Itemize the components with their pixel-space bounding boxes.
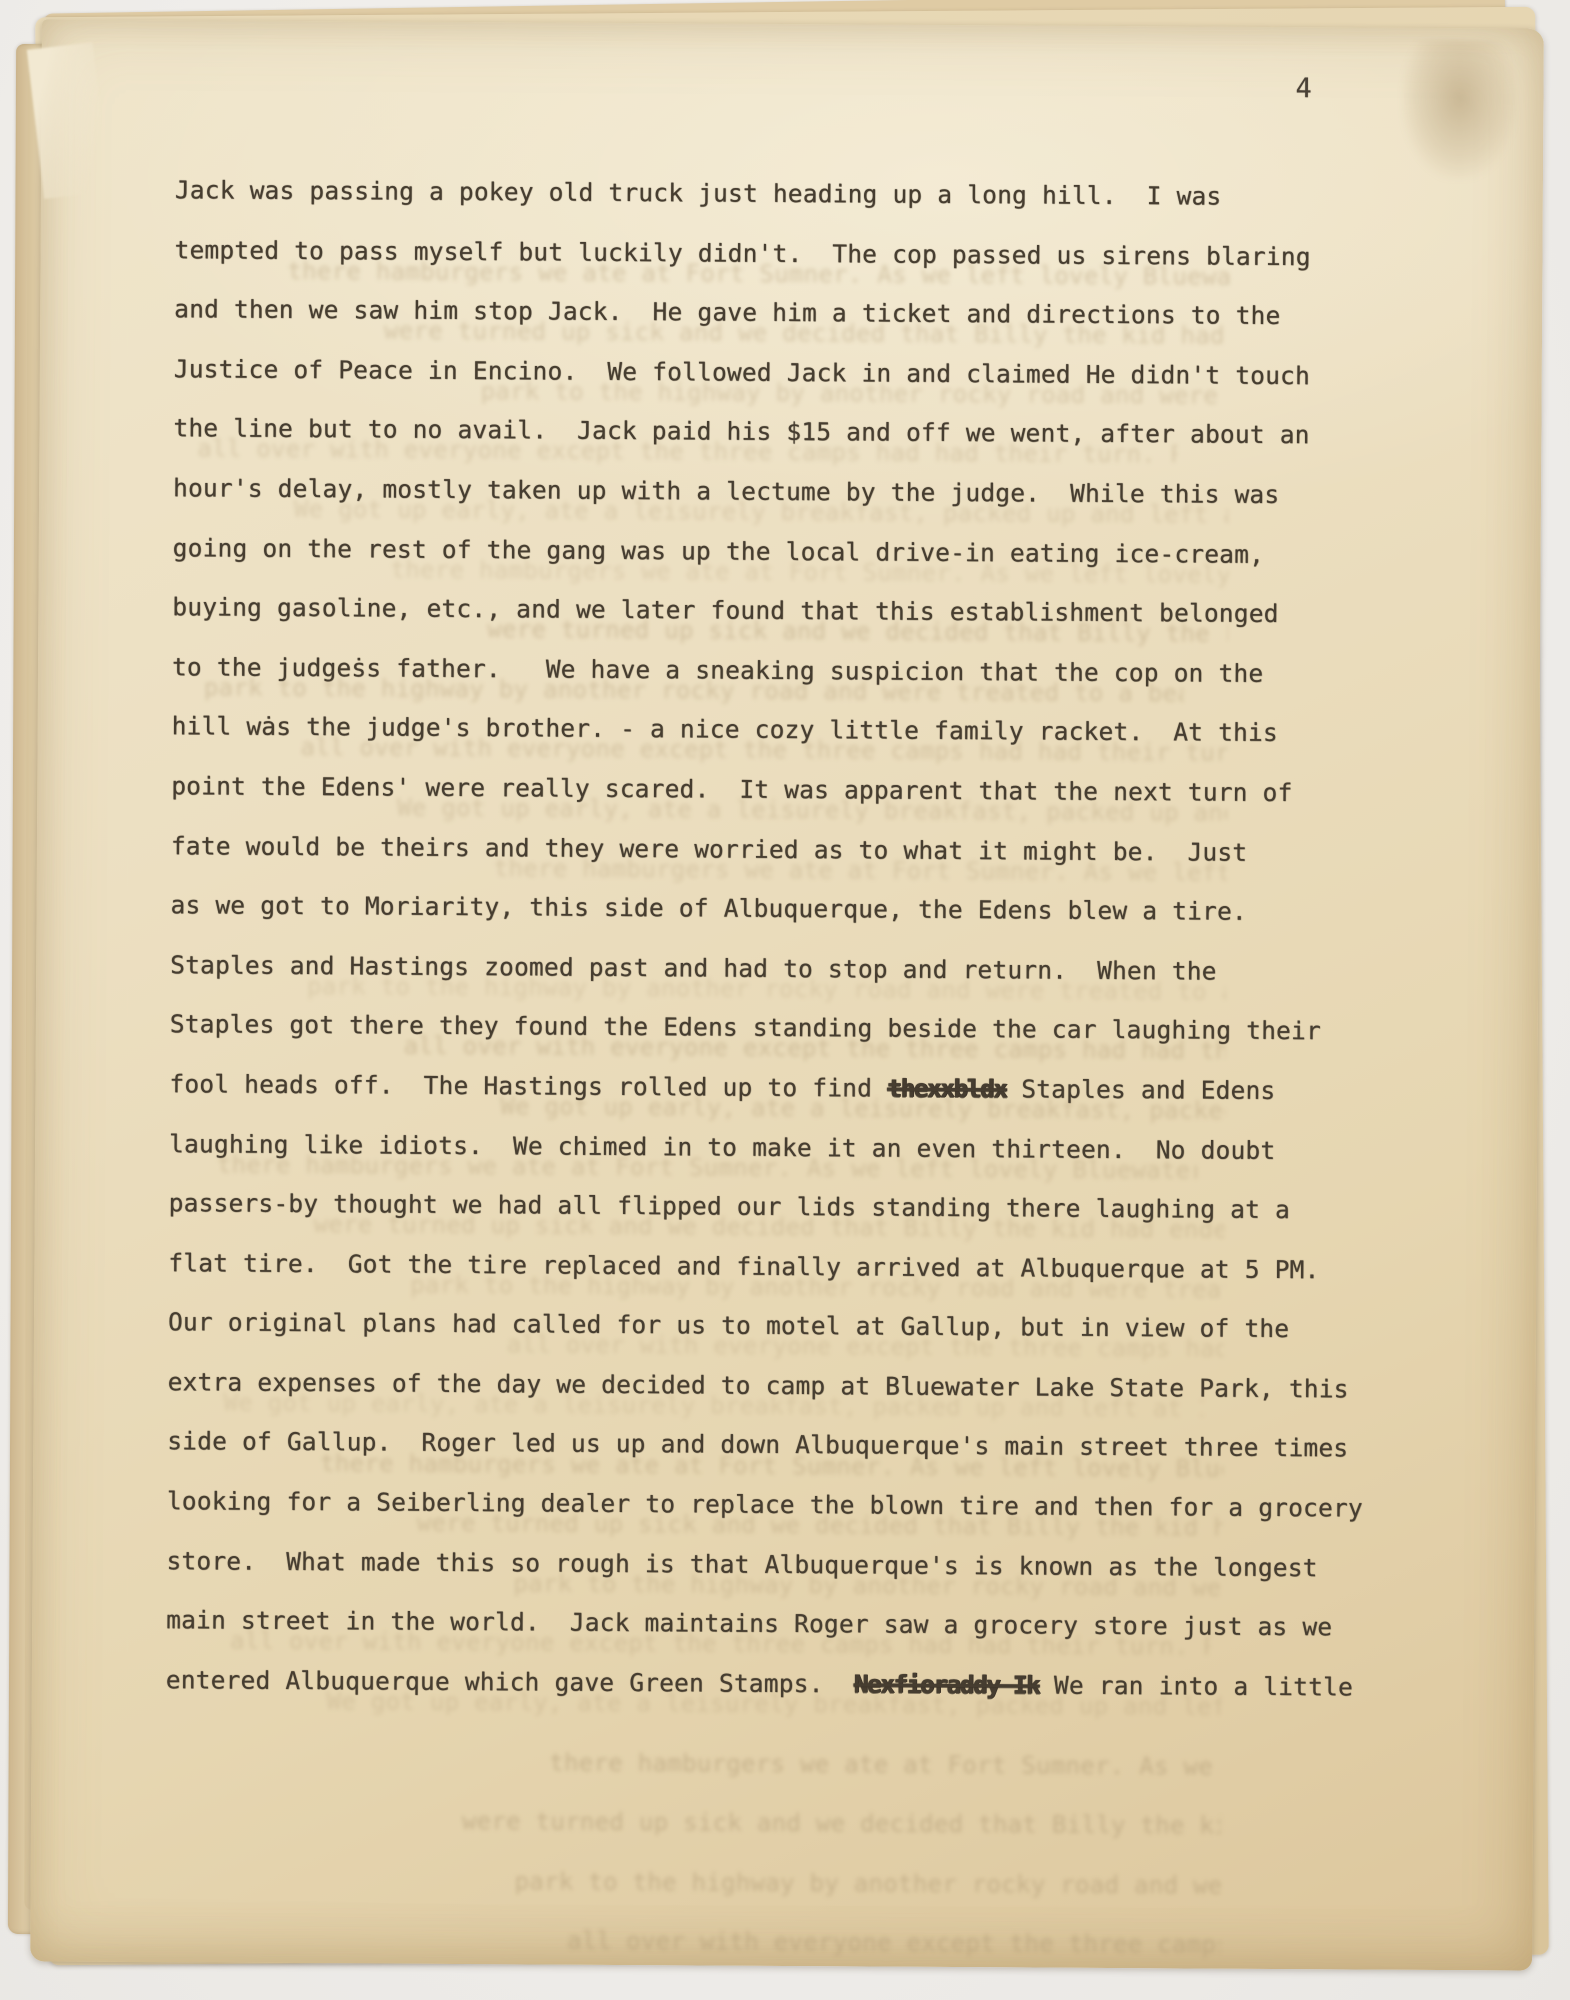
typed-line: Staples got there they found the Edens s… xyxy=(170,995,1390,1062)
bleedthrough-line: all over with everyone except the three … xyxy=(567,1927,1220,1959)
typed-line: Our original plans had called for us to … xyxy=(168,1293,1388,1360)
bleedthrough-line: were turned up sick and we decided that … xyxy=(462,1807,1221,1840)
typed-line: hill wȧs the judge's brother. - a nice c… xyxy=(171,697,1391,764)
typed-line: going on the rest of the gang was up the… xyxy=(173,518,1393,585)
typed-line: flat tire. Got the tire replaced and fin… xyxy=(168,1233,1388,1300)
typed-text: Jack was passing a pokey old truck just … xyxy=(166,160,1395,1717)
bleedthrough-line: there hamburgers we ate at Fort Sumner. … xyxy=(549,1748,1221,1780)
bleedthrough-line: park to the highway by another rocky roa… xyxy=(514,1867,1220,1899)
photographed-document: there hamburgers we ate at Fort Sumner. … xyxy=(0,0,1570,2000)
typed-line: to the judgeṡs father. We have a sneakin… xyxy=(172,637,1392,704)
typed-line: looking for a Seiberling dealer to repla… xyxy=(167,1471,1387,1538)
typed-line: hour's delay, mostly taken up with a lec… xyxy=(173,458,1393,525)
typed-line: side of Gallup. Roger led us up and down… xyxy=(167,1412,1387,1479)
typed-line: passers-by thought we had all flipped ou… xyxy=(169,1173,1389,1240)
typed-line: laughing like idiots. We chimed in to ma… xyxy=(169,1114,1389,1181)
typed-line: entered Albuquerque which gave Green Sta… xyxy=(166,1650,1386,1717)
typed-line: tempted to pass myself but luckily didn'… xyxy=(174,220,1394,287)
typed-line: fate would be theirs and they were worri… xyxy=(171,816,1391,883)
typed-line: and then we saw him stop Jack. He gave h… xyxy=(174,279,1394,346)
typed-line: main street in the world. Jack maintains… xyxy=(166,1590,1386,1657)
typed-line: Justice of Peace in Encino. We followed … xyxy=(174,339,1394,406)
typed-line: Jack was passing a pokey old truck just … xyxy=(175,160,1395,227)
typed-line: the line but to no avail. Jack paid his … xyxy=(173,399,1393,466)
typed-line: fool heads off. The Hastings rolled up t… xyxy=(169,1054,1389,1121)
struck-out-text: thexxbldx xyxy=(887,1074,1006,1104)
typed-line: store. What made this so rough is that A… xyxy=(166,1531,1386,1598)
page-number: 4 xyxy=(1295,73,1311,104)
typed-line: Staples and Hastings zoomed past and had… xyxy=(170,935,1390,1002)
typewritten-page: there hamburgers we ate at Fort Sumner. … xyxy=(30,19,1544,1970)
typed-line: buying gasoline, etc., and we later foun… xyxy=(172,577,1392,644)
struck-out-text: Nexfioraddy Ik xyxy=(853,1669,1039,1699)
typed-line: extra expenses of the day we decided to … xyxy=(167,1352,1387,1419)
typed-line: point the Edens' were really scared. It … xyxy=(171,756,1391,823)
typed-line: as we got to Moriarity, this side of Alb… xyxy=(170,875,1390,942)
